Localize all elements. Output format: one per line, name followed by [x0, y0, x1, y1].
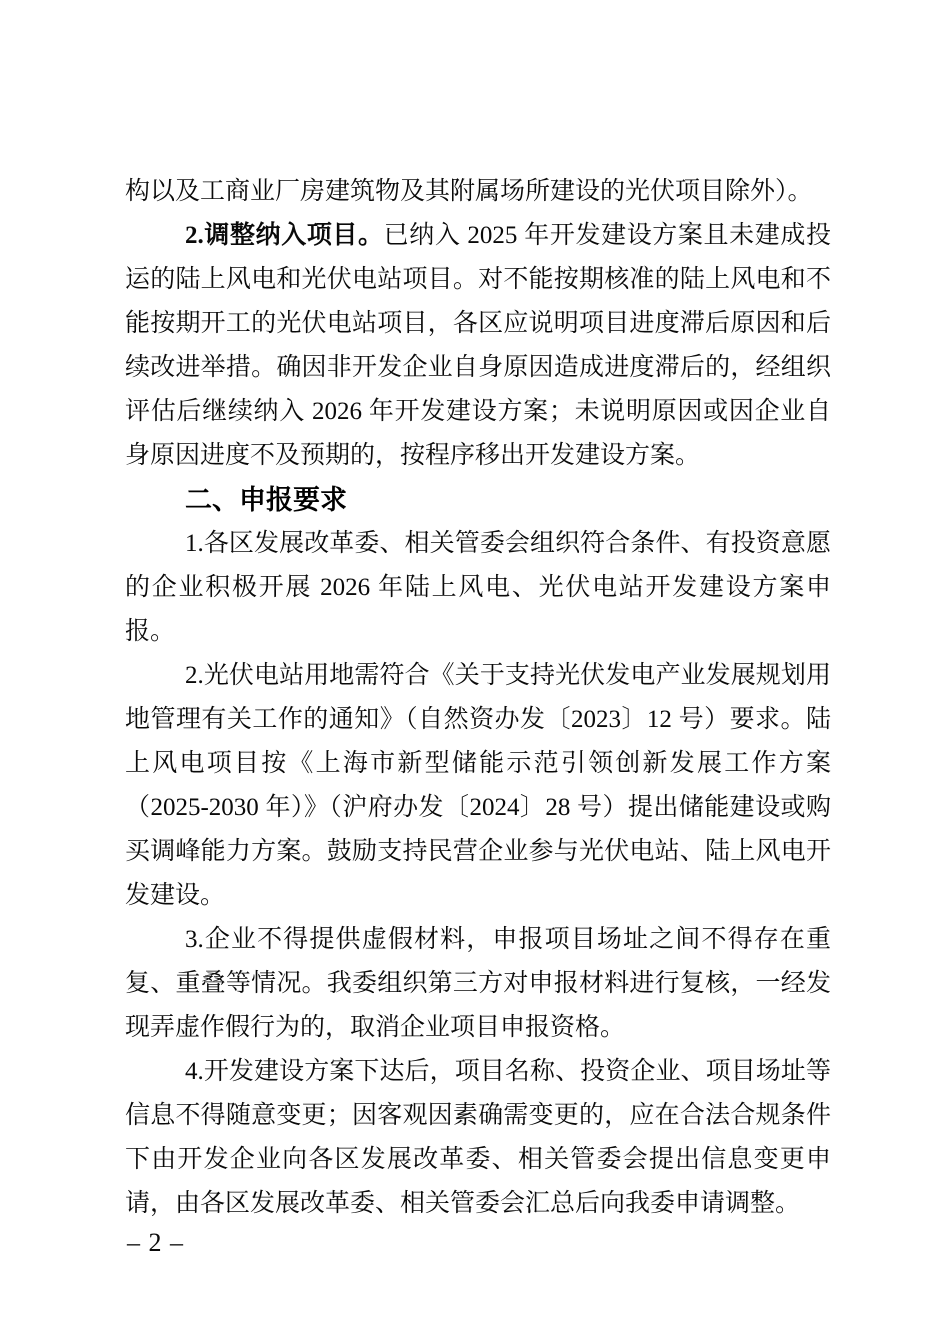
paragraph-requirement-1: 1.各区发展改革委、相关管委会组织符合条件、有投资意愿的企业积极开展 2026 …	[125, 522, 831, 654]
document-page: 构以及工商业厂房建筑物及其附属场所建设的光伏项目除外）。 2.调整纳入项目。已纳…	[0, 0, 950, 1344]
paragraph-adjust-included-projects: 2.调整纳入项目。已纳入 2025 年开发建设方案且未建成投运的陆上风电和光伏电…	[125, 214, 831, 478]
paragraph-requirement-3: 3.企业不得提供虚假材料，申报项目场址之间不得存在重复、重叠等情况。我委组织第三…	[125, 918, 831, 1050]
paragraph-requirement-4: 4.开发建设方案下达后，项目名称、投资企业、项目场址等信息不得随意变更；因客观因…	[125, 1050, 831, 1226]
page-number: – 2 –	[127, 1228, 184, 1258]
document-body: 构以及工商业厂房建筑物及其附属场所建设的光伏项目除外）。 2.调整纳入项目。已纳…	[125, 170, 831, 1226]
section-heading-declaration-requirements: 二、申报要求	[125, 478, 831, 522]
paragraph-requirement-2: 2.光伏电站用地需符合《关于支持光伏发电产业发展规划用地管理有关工作的通知》（自…	[125, 654, 831, 918]
paragraph-continuation: 构以及工商业厂房建筑物及其附属场所建设的光伏项目除外）。	[125, 170, 831, 214]
paragraph-text: 已纳入 2025 年开发建设方案且未建成投运的陆上风电和光伏电站项目。对不能按期…	[125, 222, 831, 469]
paragraph-bold-lead: 2.调整纳入项目。	[185, 222, 384, 249]
